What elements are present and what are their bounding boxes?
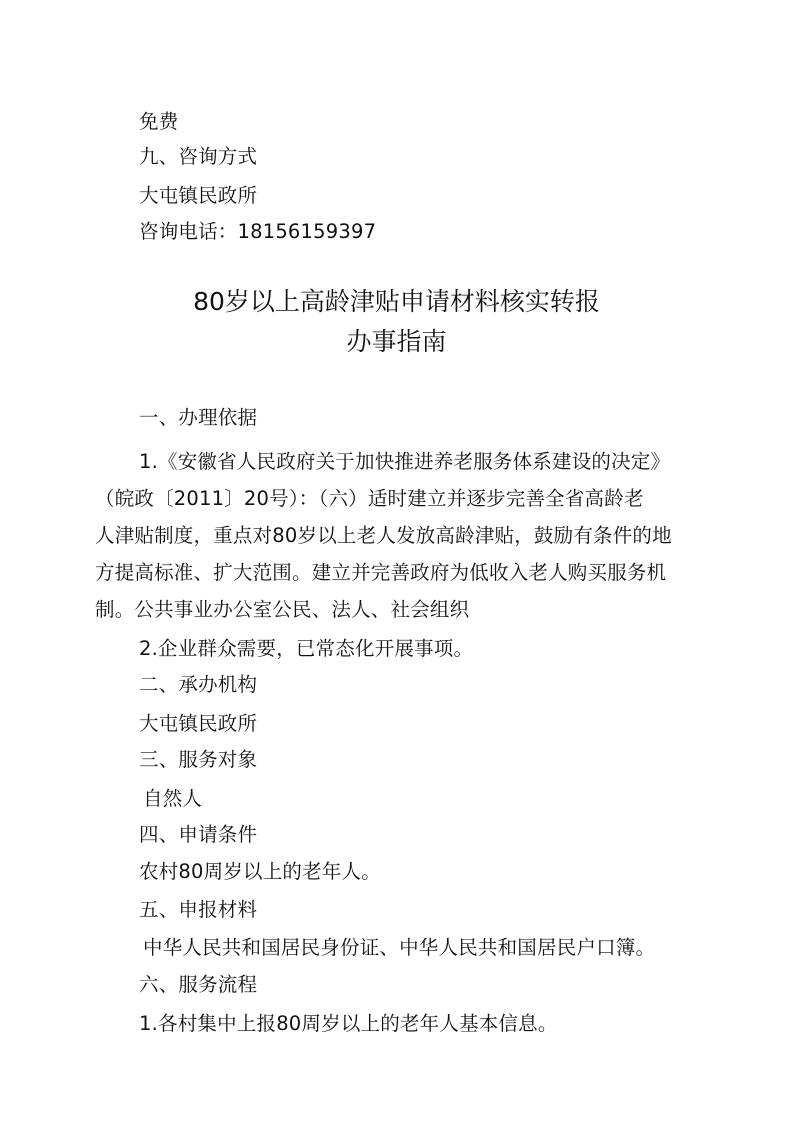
consult-heading: 九、咨询方式	[139, 145, 257, 169]
basis-line-3: 人津贴制度，重点对80岁以上老人发放高龄津贴，鼓励有条件的地	[95, 524, 672, 548]
target-heading: 三、服务对象	[139, 748, 257, 772]
agency-value: 大屯镇民政所	[139, 712, 257, 736]
fee-text: 免费	[139, 110, 178, 134]
basis-line-5: 制。公共事业办公室公民、法人、社会组织	[95, 598, 469, 622]
basis-line-1: 1.《安徽省人民政府关于加快推进养老服务体系建设的决定》	[139, 450, 670, 474]
page-title-line2: 办事指南	[0, 326, 793, 358]
basis-item-2: 2.企业群众需要，已常态化开展事项。	[139, 637, 473, 661]
basis-heading: 一、办理依据	[139, 406, 257, 430]
basis-line-4: 方提高标准、扩大范围。建立并完善政府为低收入老人购买服务机	[95, 561, 666, 585]
process-heading: 六、服务流程	[139, 973, 257, 997]
page-title-line1: 80岁以上高龄津贴申请材料核实转报	[0, 286, 793, 318]
materials-value: 中华人民共和国居民身份证、中华人民共和国居民户口簿。	[143, 936, 655, 960]
consult-office: 大屯镇民政所	[139, 184, 257, 208]
consult-phone: 咨询电话：18156159397	[139, 220, 376, 244]
target-value: 自然人	[143, 787, 202, 811]
agency-heading: 二、承办机构	[139, 673, 257, 697]
materials-heading: 五、申报材料	[139, 898, 257, 922]
process-item-1: 1.各村集中上报80周岁以上的老年人基本信息。	[139, 1012, 558, 1036]
condition-value: 农村80周岁以上的老年人。	[139, 860, 381, 884]
basis-line-2: （皖政〔2011〕20号）：（六）适时建立并逐步完善全省高龄老	[95, 487, 644, 511]
condition-heading: 四、申请条件	[139, 823, 257, 847]
